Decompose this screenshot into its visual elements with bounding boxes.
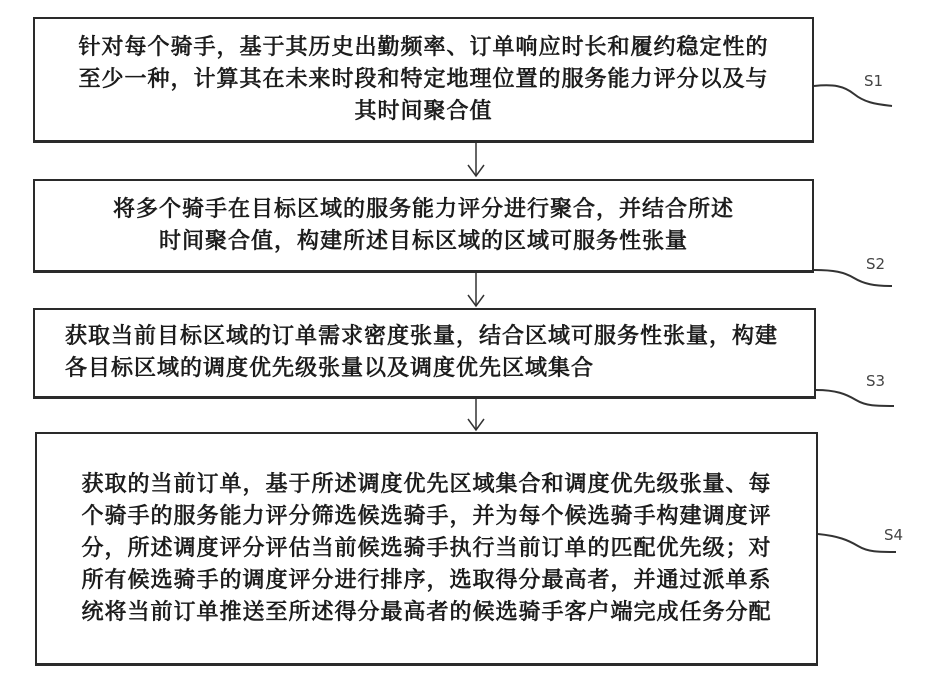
step-label-s4: S4 [884, 526, 903, 544]
leader-line-s3 [816, 388, 896, 418]
step-text-s2: 将多个骑手在目标区域的服务能力评分进行聚合，并结合所述时间聚合值，构建所述目标区… [104, 194, 744, 258]
step-text-s4: 获取的当前订单，基于所述调度优先区域集合和调度优先级张量、每个骑手的服务能力评分… [74, 469, 779, 629]
step-box-s1: 针对每个骑手，基于其历史出勤频率、订单响应时长和履约稳定性的至少一种，计算其在未… [33, 17, 814, 143]
arrow-down-icon [466, 273, 486, 309]
step-label-s1: S1 [864, 72, 883, 90]
arrow-down-icon [466, 143, 486, 179]
step-box-s4: 获取的当前订单，基于所述调度优先区域集合和调度优先级张量、每个骑手的服务能力评分… [35, 432, 818, 666]
step-label-s2: S2 [866, 255, 885, 273]
step-box-s3: 获取当前目标区域的订单需求密度张量，结合区域可服务性张量，构建各目标区域的调度优… [33, 308, 816, 399]
step-text-s3: 获取当前目标区域的订单需求密度张量，结合区域可服务性张量，构建各目标区域的调度优… [65, 321, 784, 385]
step-label-s3: S3 [866, 372, 885, 390]
step-text-s1: 针对每个骑手，基于其历史出勤频率、订单响应时长和履约稳定性的至少一种，计算其在未… [74, 32, 774, 128]
step-box-s2: 将多个骑手在目标区域的服务能力评分进行聚合，并结合所述时间聚合值，构建所述目标区… [33, 179, 814, 273]
arrow-down-icon [466, 399, 486, 433]
